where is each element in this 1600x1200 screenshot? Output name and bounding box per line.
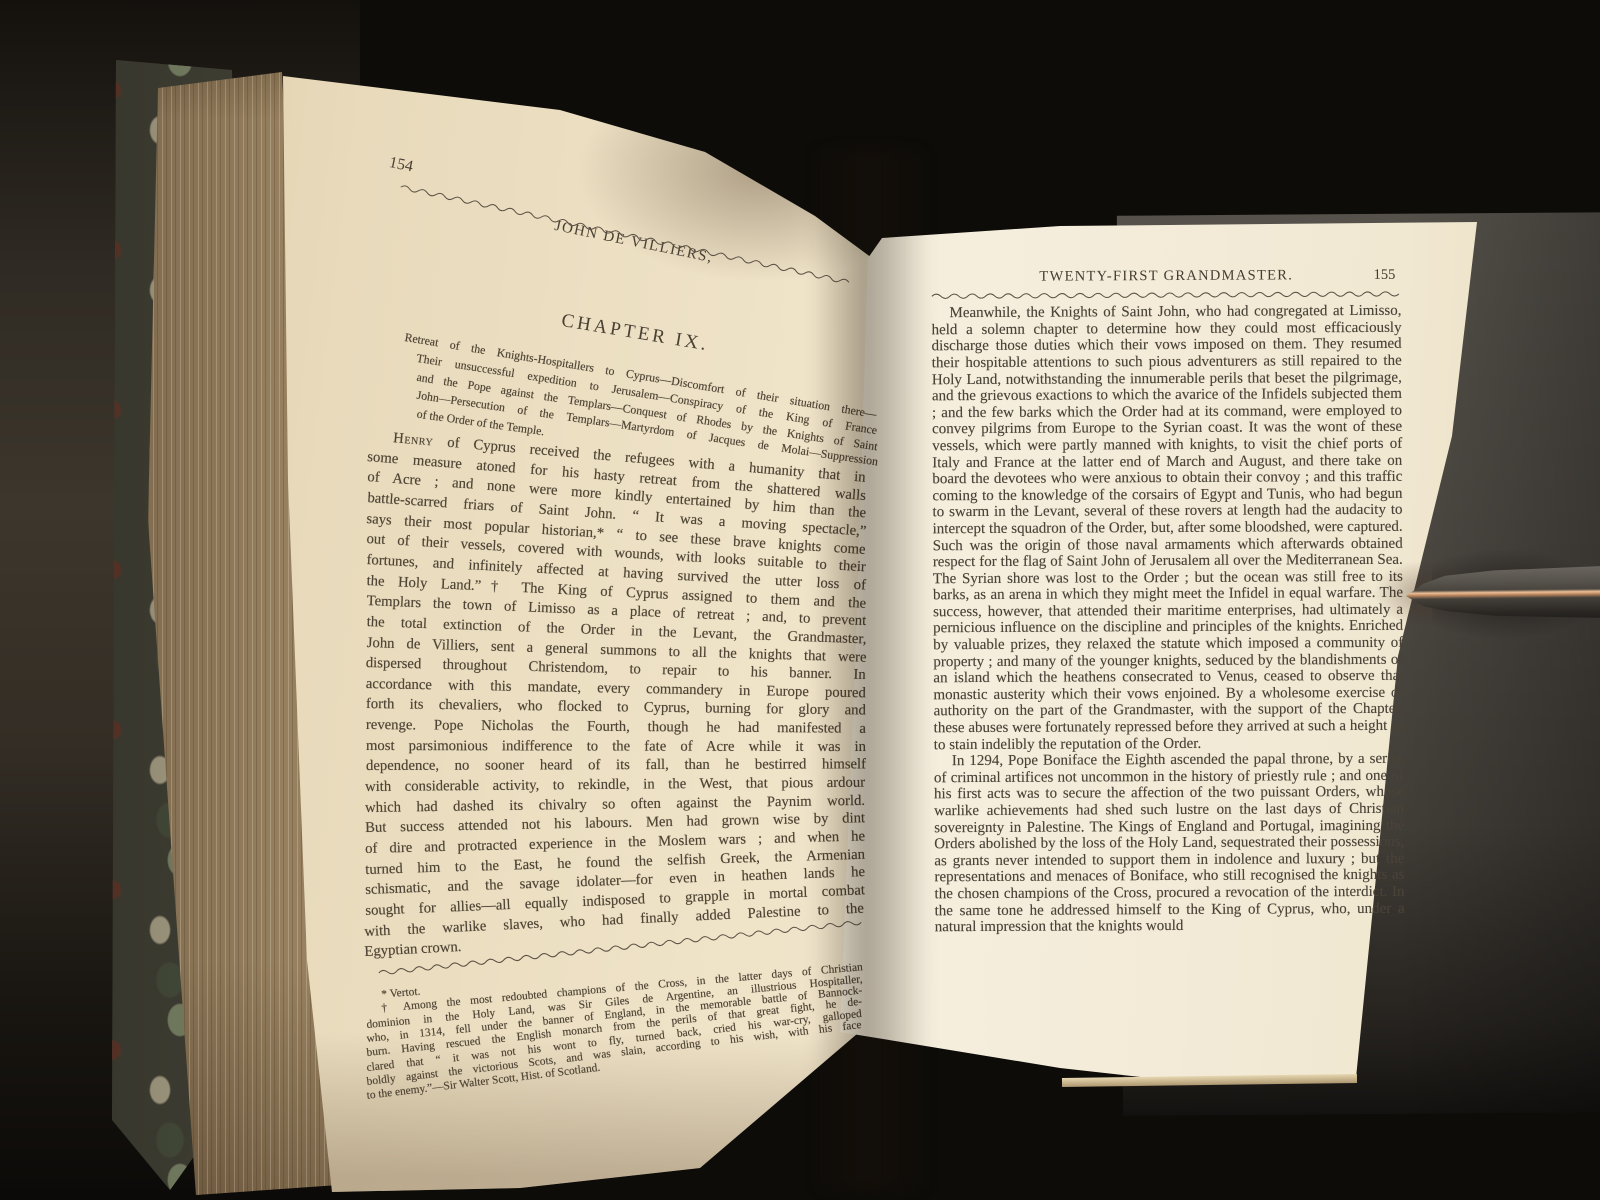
running-header-right-row: TWENTY-FIRST GRANDMASTER. 155 — [931, 267, 1401, 291]
page-number-right: 155 — [1374, 267, 1396, 284]
running-header-right: TWENTY-FIRST GRANDMASTER. — [1039, 267, 1293, 284]
gutter-shadow — [812, 150, 930, 1190]
photograph-of-open-book: 154 JOHN DE VILLIERS, CHAPTER IX. Retrea… — [0, 0, 1600, 1200]
right-page-text: TWENTY-FIRST GRANDMASTER. 155 Meanwhile,… — [931, 267, 1404, 936]
body-text-right: Meanwhile, the Knights of Saint John, wh… — [931, 303, 1404, 936]
header-rule-right — [931, 291, 1401, 300]
